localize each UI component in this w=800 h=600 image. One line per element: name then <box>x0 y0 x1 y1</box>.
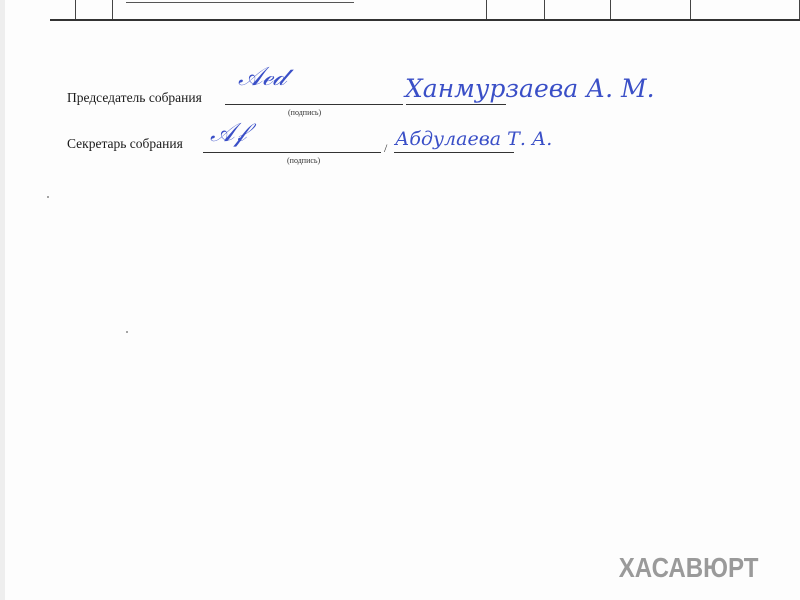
chairman-label: Председатель собрания <box>67 90 202 106</box>
table-divider <box>486 0 487 20</box>
scan-speck <box>126 331 128 333</box>
watermark: ХАСАВЮРТ <box>618 552 758 584</box>
table-bottom-border <box>50 19 800 21</box>
secretary-separator: / <box>384 141 387 156</box>
chairman-name-line <box>406 104 506 105</box>
secretary-label: Секретарь собрания <box>67 136 183 152</box>
table-divider <box>610 0 611 20</box>
table-divider <box>112 0 113 20</box>
table-divider <box>544 0 545 20</box>
secretary-name-handwritten: Абдулаева Т. А. <box>395 128 552 150</box>
chairman-signature-caption: (подпись) <box>288 108 321 117</box>
secretary-row: Секретарь собрания <box>67 136 183 152</box>
document-page: Председатель собрания 𝒜ℯ𝒹 (подпись) Ханм… <box>0 0 800 600</box>
table-divider <box>75 0 76 20</box>
secretary-signature: 𝒜𝒻 <box>210 118 246 149</box>
chairman-signature: 𝒜ℯ𝒹 <box>238 62 286 93</box>
secretary-signature-line <box>203 152 381 153</box>
secretary-signature-caption: (подпись) <box>287 156 320 165</box>
scan-speck <box>47 196 49 198</box>
chairman-row: Председатель собрания <box>67 90 202 106</box>
table-divider <box>690 0 691 20</box>
table-fragment <box>50 0 800 22</box>
table-cell-underline <box>126 2 354 3</box>
secretary-name-line <box>394 152 514 153</box>
scan-edge <box>0 0 5 600</box>
chairman-signature-line <box>225 104 403 105</box>
chairman-name-handwritten: Ханмурзаева А. М. <box>405 74 655 103</box>
